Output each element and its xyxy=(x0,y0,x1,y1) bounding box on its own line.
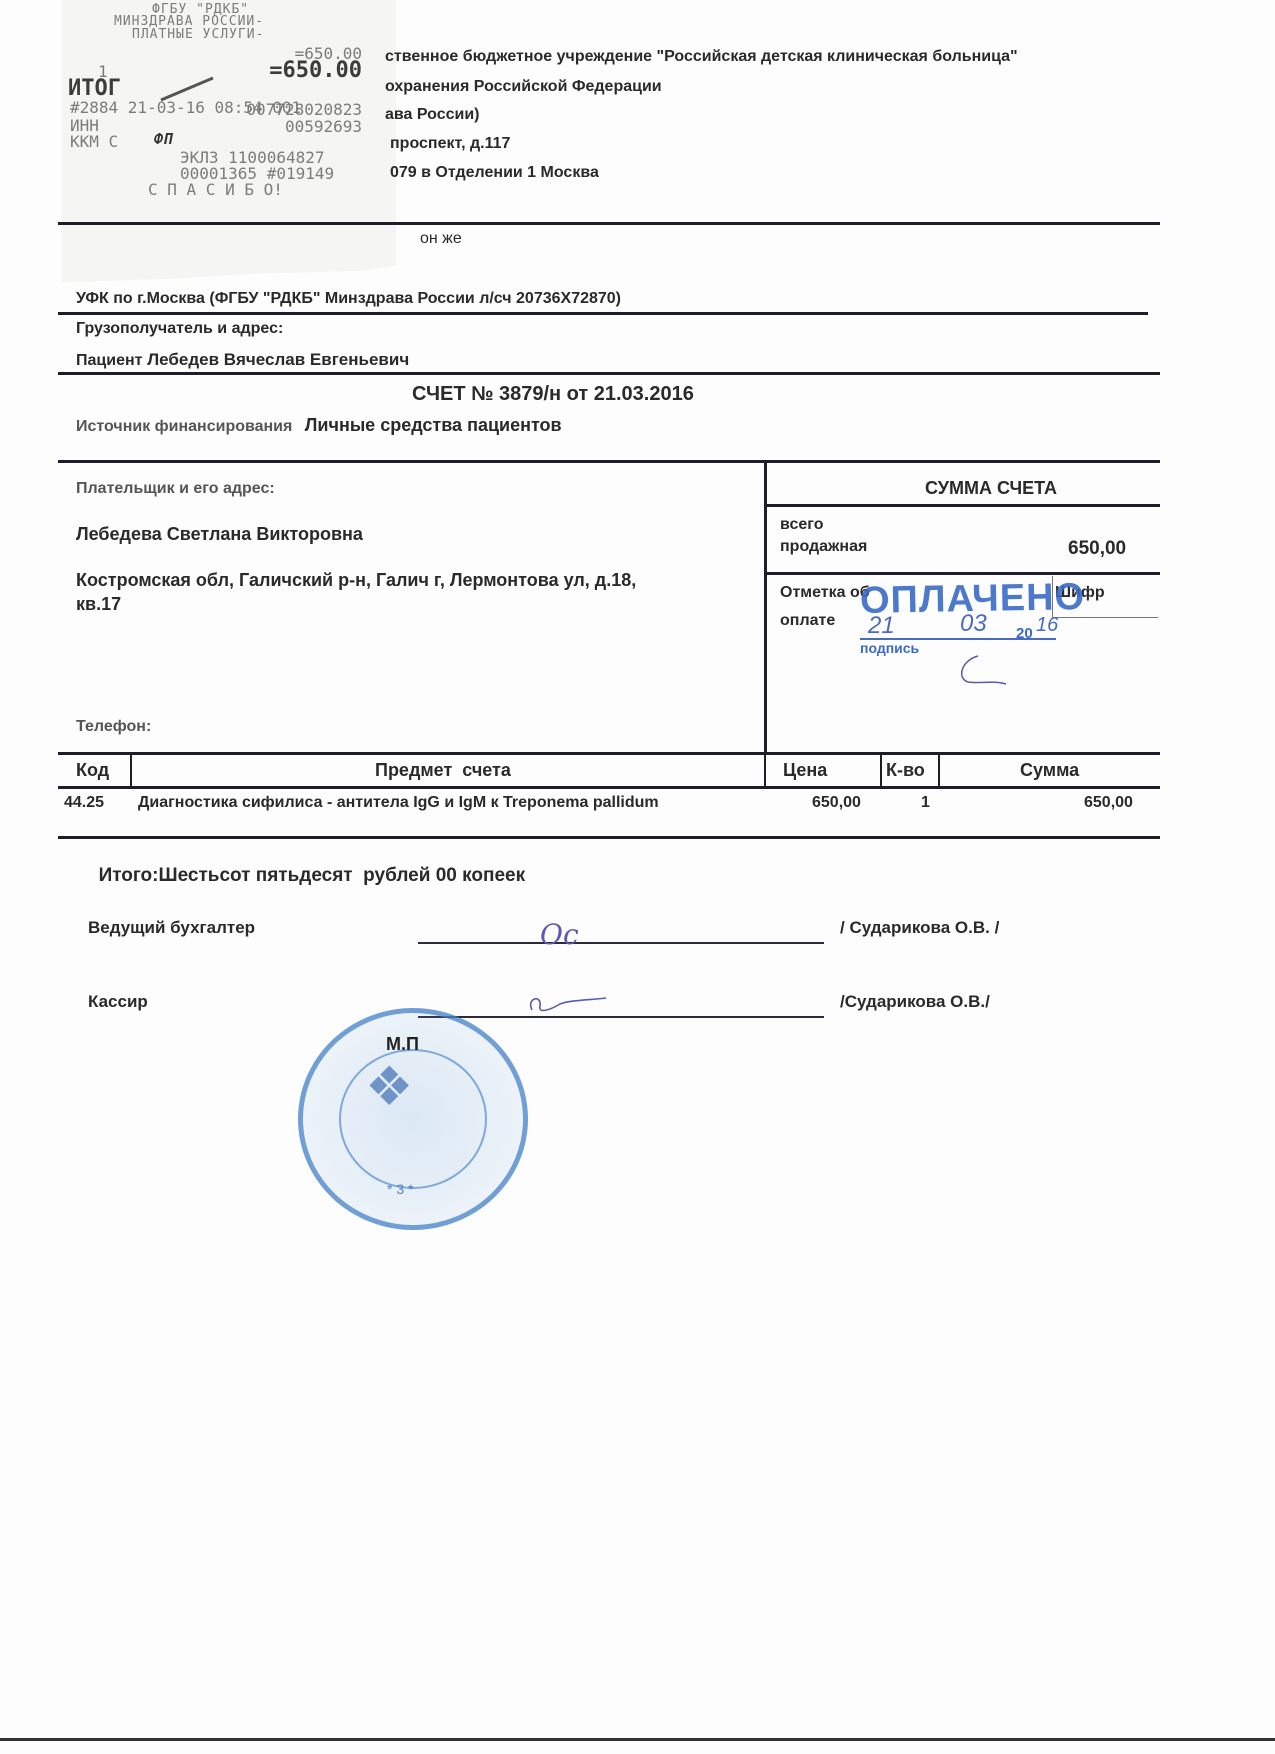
table-bottom-border xyxy=(58,836,1160,839)
accountant-signature-icon: Oc xyxy=(540,918,579,951)
row-qty: 1 xyxy=(921,794,930,812)
consignee-name: Лебедев Вячеслав Евгеньевич xyxy=(147,350,409,369)
payment-signature-icon xyxy=(950,650,1010,690)
divider-recipient xyxy=(58,312,1148,315)
receipt-total-value: =650.00 xyxy=(269,58,362,83)
signature-role-cashier: Кассир xyxy=(88,992,148,1012)
consignee-label: Грузополучатель и адрес: xyxy=(76,320,283,338)
table-header-sum: Сумма xyxy=(1020,760,1079,781)
receipt-fp-label: ФП xyxy=(154,130,172,148)
paid-stamp-day: 21 xyxy=(868,612,895,640)
cashier-signature-icon xyxy=(520,990,610,1020)
seal-place-label: М.П xyxy=(386,1034,419,1055)
signature-name-cashier: /Сударикова О.В./ xyxy=(840,992,990,1012)
payer-address-line-1: Костромская обл, Галичский р-н, Галич г,… xyxy=(76,570,636,591)
consignee-value: Пациент Лебедев Вячеслав Евгеньевич xyxy=(76,350,409,370)
org-line-5: 079 в Отделении 1 Москва xyxy=(390,164,599,182)
sum-total-label-1: всего xyxy=(780,516,823,534)
table-col-divider-1 xyxy=(130,752,132,786)
payer-label: Плательщик и его адрес: xyxy=(76,480,275,498)
signature-name-accountant: / Сударикова О.В. / xyxy=(840,918,999,938)
divider-consignee xyxy=(58,372,1160,375)
cash-receipt: ФГБУ "РДКБ" МИНЗДРАВА РОССИИ- ПЛАТНЫЕ УС… xyxy=(62,0,396,282)
consignee-value-label: Пациент xyxy=(76,352,142,369)
funding-value: Личные средства пациентов xyxy=(305,415,562,435)
paid-stamp-month: 03 xyxy=(960,610,987,638)
table-header-border xyxy=(58,786,1160,789)
paid-stamp-year-suffix: 16 xyxy=(1036,614,1058,637)
funding-source: Источник финансирования Личные средства … xyxy=(76,415,562,436)
divider-shipper xyxy=(58,222,1160,225)
divider-payer-top xyxy=(58,460,1160,463)
table-top-border xyxy=(58,752,1160,755)
payer-name: Лебедева Светлана Викторовна xyxy=(76,524,363,545)
funding-label: Источник финансирования xyxy=(76,418,292,435)
signature-line-cashier xyxy=(418,1016,824,1018)
table-col-divider-3 xyxy=(880,752,882,786)
payer-address-line-2: кв.17 xyxy=(76,594,121,615)
org-line-3: ава России) xyxy=(385,106,480,124)
paid-stamp-signature-label: подпись xyxy=(860,640,919,656)
total-words-label: Итого: xyxy=(99,865,159,886)
table-header-item: Предмет счета xyxy=(375,760,511,781)
scan-bottom-edge xyxy=(0,1738,1275,1741)
payer-phone-label: Телефон: xyxy=(76,718,151,736)
divider-sum-total xyxy=(764,572,1160,575)
signature-role-accountant: Ведущий бухгалтер xyxy=(88,918,255,938)
table-header-qty: К-во xyxy=(886,760,925,781)
sum-box-title: СУММА СЧЕТА xyxy=(925,478,1057,499)
shipper-value: он же xyxy=(420,230,462,248)
sum-total-label-2: продажная xyxy=(780,538,867,556)
table-header-price: Цена xyxy=(783,760,827,781)
total-words-value: Шестьсот пятьдесят рублей 00 копеек xyxy=(158,865,525,886)
receipt-thanks: С П А С И Б О! xyxy=(148,180,283,199)
receipt-header-line-3: ПЛАТНЫЕ УСЛУГИ- xyxy=(132,27,264,42)
org-line-2: охранения Российской Федерации xyxy=(385,78,662,96)
org-line-1: ственное бюджетное учреждение "Российска… xyxy=(385,48,1018,66)
table-header-code: Код xyxy=(76,760,109,781)
sum-total-value: 650,00 xyxy=(1068,538,1126,560)
receipt-kkm-value: 00592693 xyxy=(285,117,362,136)
row-price: 650,00 xyxy=(812,794,861,812)
payment-mark-label-2: оплате xyxy=(780,612,835,630)
table-col-divider-4 xyxy=(938,752,940,786)
double-headed-eagle-icon: ❖ xyxy=(365,1055,413,1118)
receipt-kkm-label: ККМ С xyxy=(70,132,118,151)
invoice-title: СЧЕТ № 3879/н от 21.03.2016 xyxy=(412,383,694,406)
recipient-account: УФК по г.Москва (ФГБУ "РДКБ" Минздрава Р… xyxy=(76,290,621,308)
payment-mark-label-1: Отметка об xyxy=(780,584,870,602)
table-col-divider-2 xyxy=(764,752,766,786)
row-code: 44.25 xyxy=(64,794,104,812)
row-item: Диагностика сифилиса - антитела IgG и Ig… xyxy=(138,794,659,812)
divider-sum-title xyxy=(764,504,1160,507)
row-sum: 650,00 xyxy=(1084,794,1133,812)
signature-line-accountant xyxy=(418,942,824,944)
total-in-words: Итого:Шестьсот пятьдесят рублей 00 копее… xyxy=(88,843,525,887)
org-line-4: проспект, д.117 xyxy=(390,135,510,153)
seal-center-mark: * 3 * xyxy=(387,1181,413,1197)
